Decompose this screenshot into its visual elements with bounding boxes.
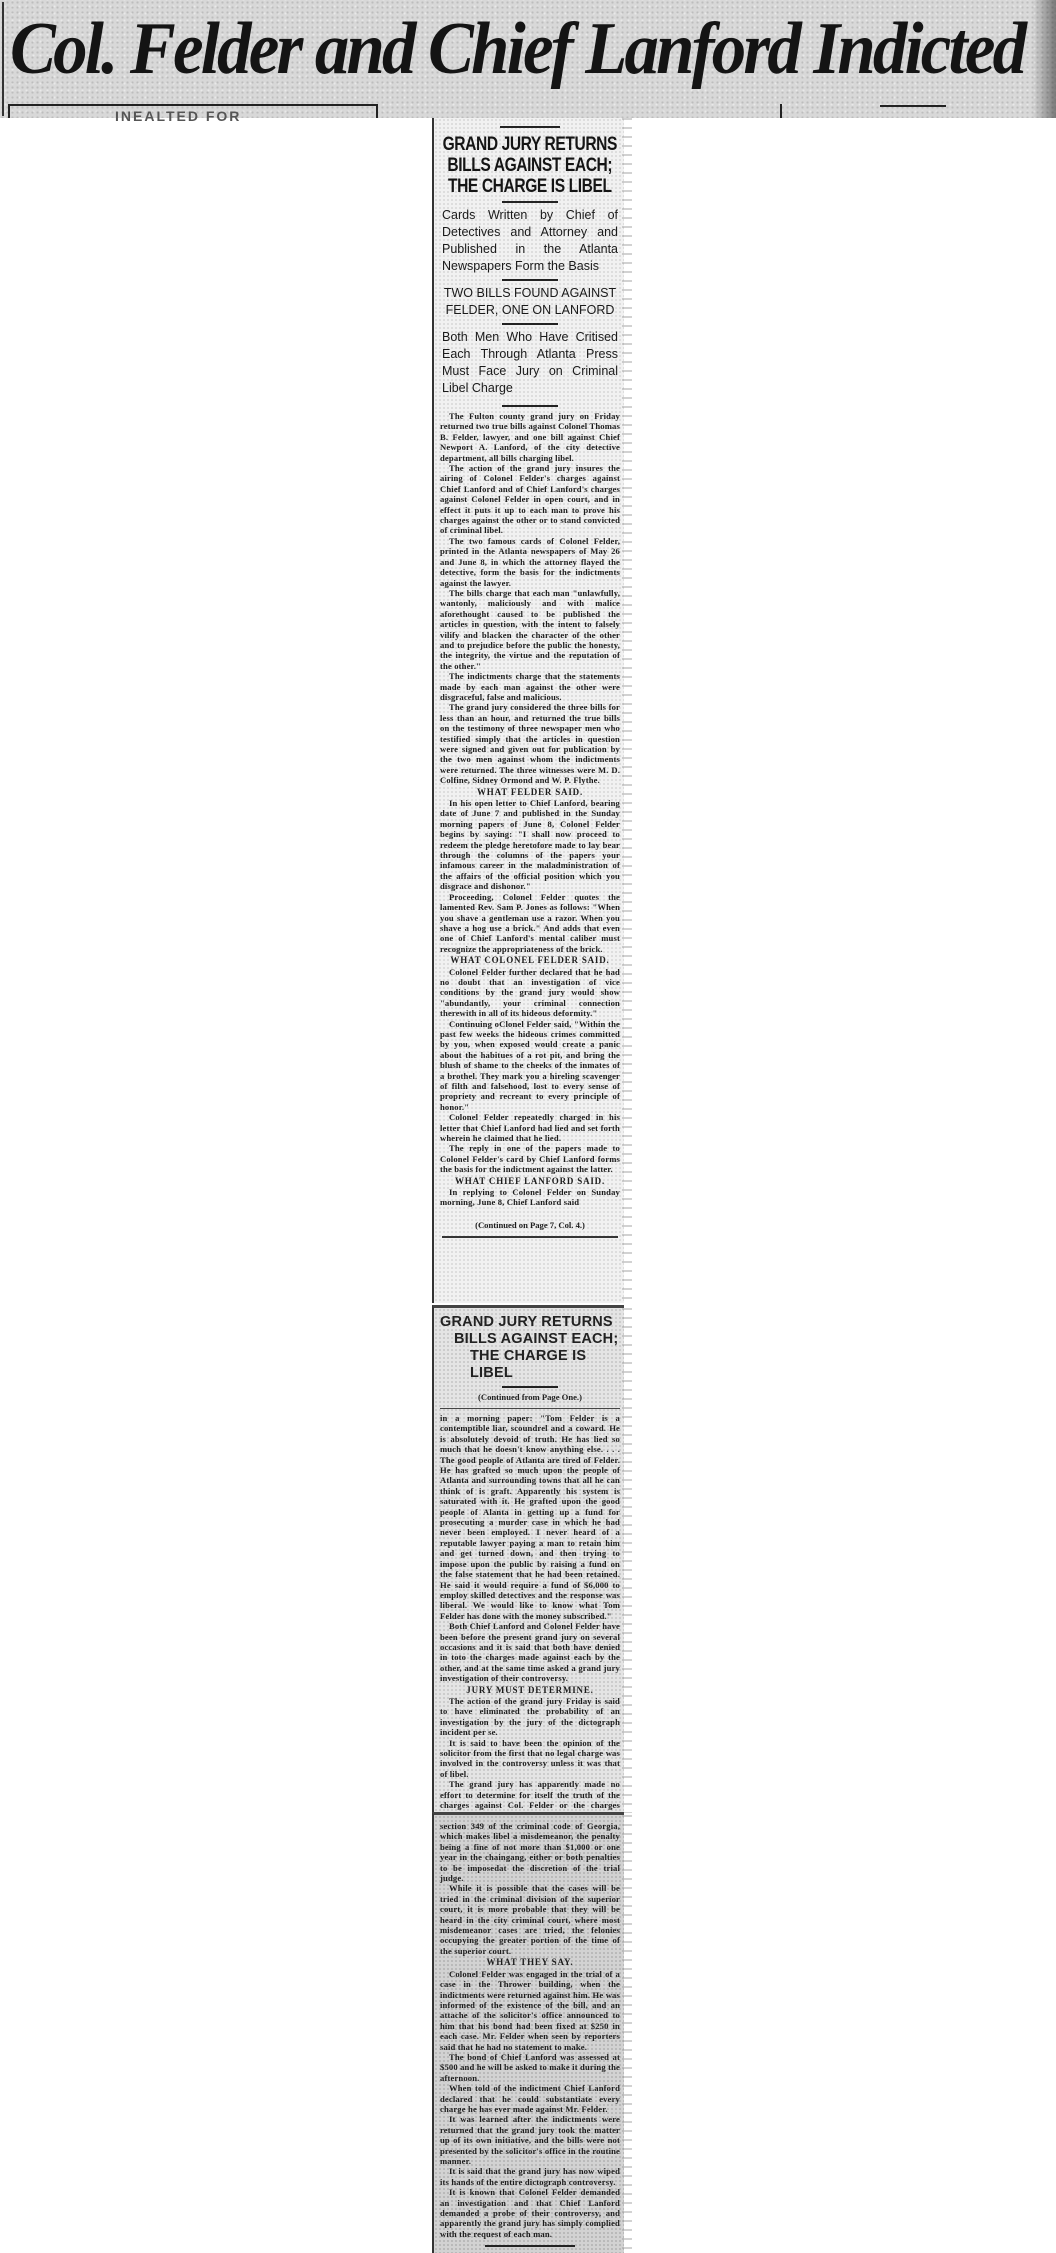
adjacent-headline-fragment: INEALTED FOR <box>115 108 241 124</box>
paragraph: In replying to Colonel Felder on Sunday … <box>440 1187 620 1208</box>
article-deck-sub-2: TWO BILLS FOUND AGAINST FELDER, ONE ON L… <box>440 285 620 319</box>
paragraph: In his open letter to Chief Lanford, bea… <box>440 798 620 892</box>
paragraph: It is said that the grand jury has now w… <box>440 2166 620 2187</box>
paragraph: Continuing oClonel Felder said, "Within … <box>440 1019 620 1113</box>
banner-rule <box>8 104 376 106</box>
article-column-continuation-2: section 349 of the criminal code of Geor… <box>432 1812 624 2253</box>
scan-shadow <box>1032 0 1056 118</box>
banner-left-border <box>2 2 4 116</box>
banner-rule <box>8 104 10 118</box>
subheading: JURY MUST DETERMINE. <box>440 1685 620 1695</box>
adjacent-column-edge <box>622 118 632 1303</box>
paragraph: It is known that Colonel Felder demanded… <box>440 2187 620 2239</box>
paragraph: The bond of Chief Lanford was assessed a… <box>440 2052 620 2083</box>
article-deck-main: GRAND JURY RETURNS BILLS AGAINST EACH; T… <box>440 134 620 197</box>
section-rule <box>500 126 560 128</box>
subheading: WHAT COLONEL FELDER SAID. <box>440 955 620 965</box>
paragraph: The grand jury considered the three bill… <box>440 702 620 785</box>
paragraph: When told of the indictment Chief Lanfor… <box>440 2083 620 2114</box>
adjacent-column-edge <box>622 1308 632 1813</box>
paragraph: The action of the grand jury Friday is s… <box>440 1696 620 1738</box>
section-rule <box>502 1386 558 1388</box>
article-body: The Fulton county grand jury on Friday r… <box>440 411 620 1208</box>
paragraph: The two famous cards of Colonel Felder, … <box>440 536 620 588</box>
subheading: WHAT FELDER SAID. <box>440 787 620 797</box>
paragraph: It is said to have been the opinion of t… <box>440 1738 620 1780</box>
section-rule <box>442 1236 618 1238</box>
continued-from-note: (Continued from Page One.) <box>440 1392 620 1402</box>
paragraph: While it is possible that the cases will… <box>440 1883 620 1956</box>
section-rule <box>440 1408 620 1409</box>
paragraph: The reply in one of the papers made to C… <box>440 1143 620 1174</box>
paragraph: Proceeding, Colonel Felder quotes the la… <box>440 892 620 954</box>
subheading: WHAT CHIEF LANFORD SAID. <box>440 1176 620 1186</box>
paragraph: Both Chief Lanford and Colonel Felder ha… <box>440 1621 620 1683</box>
paragraph: The action of the grand jury insures the… <box>440 463 620 536</box>
adjacent-column-edge <box>622 1815 632 2253</box>
section-rule <box>502 279 558 281</box>
section-rule <box>485 2245 575 2247</box>
banner-rule <box>880 105 946 107</box>
paragraph: in a morning paper: "Tom Felder is a con… <box>440 1413 620 1621</box>
page-headline: Col. Felder and Chief Lanford Indicted <box>10 6 977 92</box>
article-deck-sub-1: Cards Written by Chief of Detectives and… <box>440 207 620 275</box>
article-column-front: GRAND JURY RETURNS BILLS AGAINST EACH; T… <box>432 118 624 1303</box>
article-column-continuation: GRAND JURY RETURNS BILLS AGAINST EACH; T… <box>432 1305 624 1813</box>
continuation-body: in a morning paper: "Tom Felder is a con… <box>440 1413 620 1842</box>
paragraph: The indictments charge that the statemen… <box>440 671 620 702</box>
article-deck-sub-3: Both Men Who Have Critised Each Through … <box>440 329 620 397</box>
paragraph: The Fulton county grand jury on Friday r… <box>440 411 620 463</box>
headline-banner: Col. Felder and Chief Lanford Indicted I… <box>0 0 1056 118</box>
paragraph: Colonel Felder was engaged in the trial … <box>440 1969 620 2052</box>
paragraph: section 349 of the criminal code of Geor… <box>440 1821 620 1883</box>
paragraph: Colonel Felder further declared that he … <box>440 967 620 1019</box>
banner-rule <box>376 104 378 118</box>
paragraph: Colonel Felder repeatedly charged in his… <box>440 1112 620 1143</box>
continuation-deck: GRAND JURY RETURNS BILLS AGAINST EACH; T… <box>440 1314 620 1382</box>
section-rule <box>502 323 558 325</box>
subheading: WHAT THEY SAY. <box>440 1957 620 1967</box>
paragraph: It was learned after the indictments wer… <box>440 2114 620 2166</box>
section-rule <box>502 405 558 407</box>
paragraph: The bills charge that each man "unlawful… <box>440 588 620 671</box>
continued-on-note: (Continued on Page 7, Col. 4.) <box>440 1220 620 1230</box>
section-rule <box>502 201 558 203</box>
banner-rule <box>780 104 782 118</box>
continuation-body-2: section 349 of the criminal code of Geor… <box>440 1821 620 2239</box>
